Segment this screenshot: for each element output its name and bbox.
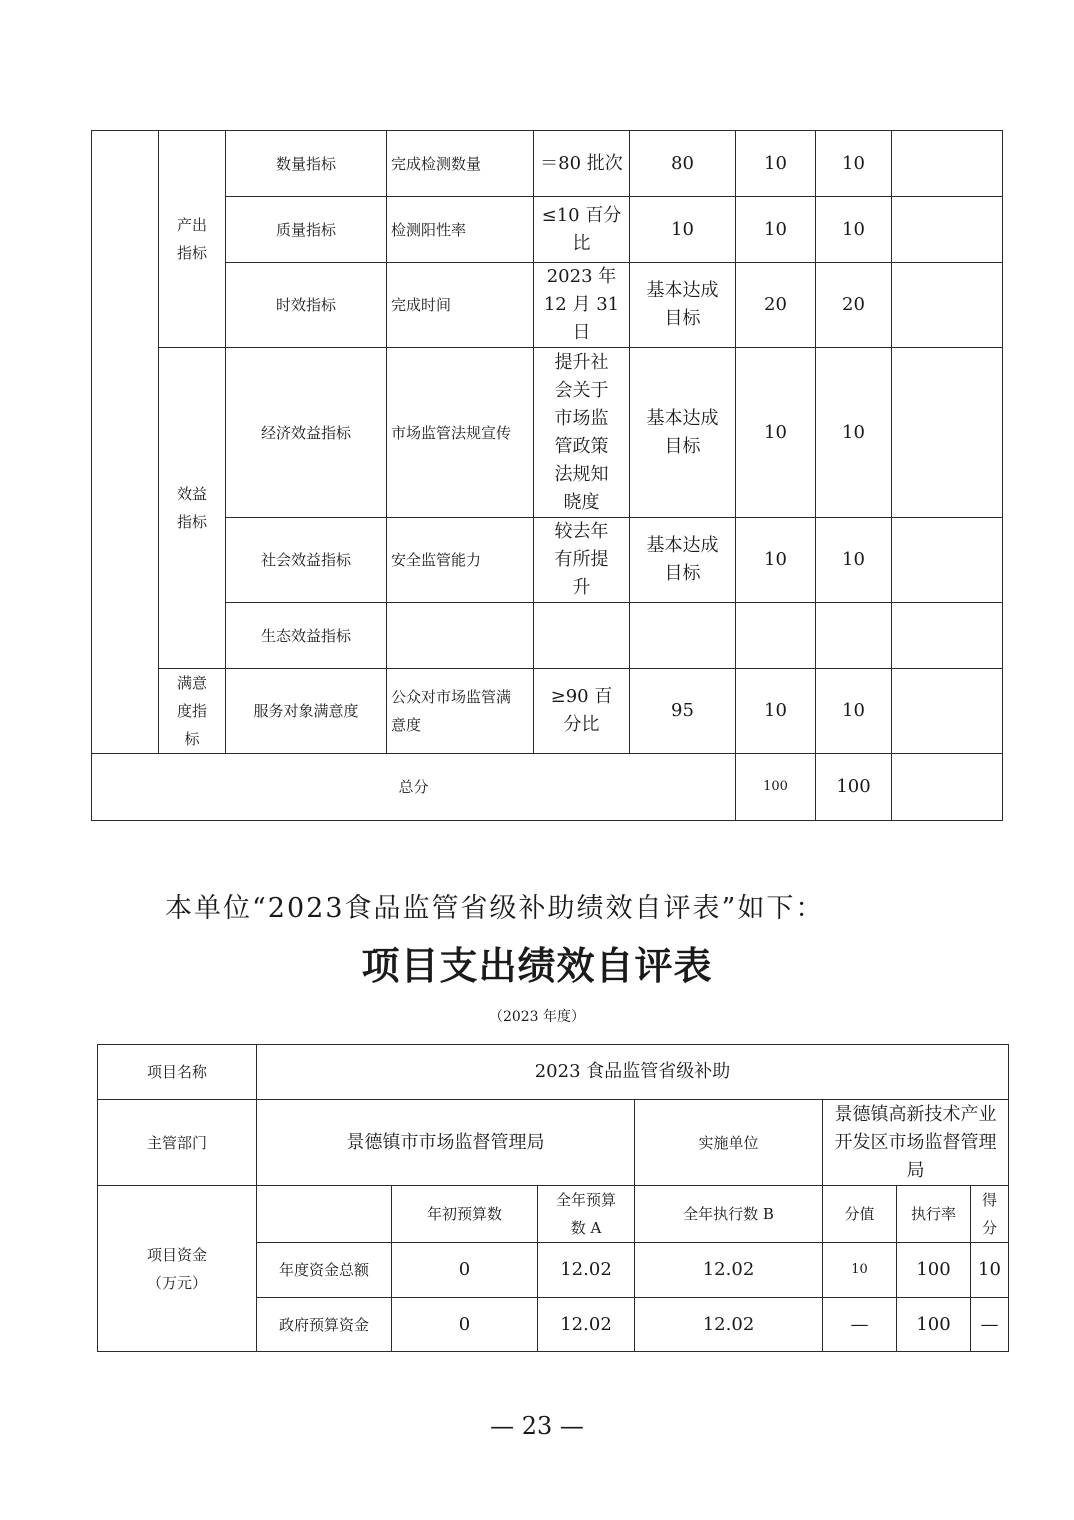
target-cell: 提升社会关于市场监管政策法规知晓度	[534, 348, 630, 518]
actual-cell: 80	[630, 131, 736, 197]
total-note	[892, 754, 1003, 821]
level2-cell: 生态效益指标	[226, 603, 387, 669]
score-cell: 10	[816, 131, 892, 197]
target-cell: ≤10 百分比	[534, 197, 630, 263]
weight-cell: 10	[736, 518, 816, 603]
group-satisfaction: 满意度指标	[159, 669, 226, 754]
actual-cell: 基本达成目标	[630, 518, 736, 603]
project-name-value: 2023 食品监管省级补助	[257, 1045, 1009, 1100]
target-cell: ≥90 百分比	[534, 669, 630, 754]
indicator-cell: 完成时间	[387, 263, 534, 348]
note-cell	[892, 263, 1003, 348]
row-label: 年度资金总额	[257, 1243, 392, 1298]
group-output: 产出指标	[159, 131, 226, 348]
indicator-cell: 市场监管法规宣传	[387, 348, 534, 518]
intro-text: 本单位“2023食品监管省级补助绩效自评表”如下：	[165, 886, 824, 925]
score-cell: —	[971, 1298, 1009, 1352]
project-expense-self-eval-table: 项目名称 2023 食品监管省级补助 主管部门 景德镇市市场监督管理局 实施单位…	[97, 1044, 1009, 1352]
page-title: 项目支出绩效自评表	[0, 935, 1074, 990]
score-cell	[816, 603, 892, 669]
level2-cell: 服务对象满意度	[226, 669, 387, 754]
actual-cell: 基本达成目标	[630, 348, 736, 518]
weight-cell: 10	[736, 669, 816, 754]
exec-b-cell: 12.02	[635, 1243, 823, 1298]
header-weight: 分值	[823, 1186, 897, 1243]
level2-cell: 社会效益指标	[226, 518, 387, 603]
score-cell: 20	[816, 263, 892, 348]
weight-cell: 20	[736, 263, 816, 348]
target-cell	[534, 603, 630, 669]
weight-cell: 10	[823, 1243, 897, 1298]
indicator-cell: 安全监管能力	[387, 518, 534, 603]
weight-cell: 10	[736, 348, 816, 518]
header-score: 得分	[971, 1186, 1009, 1243]
impl-value: 景德镇高新技术产业开发区市场监督管理局	[823, 1100, 1009, 1186]
rate-cell: 100	[897, 1243, 971, 1298]
header-exec-b: 全年执行数 B	[635, 1186, 823, 1243]
page-number: — 23 —	[0, 1412, 1074, 1440]
score-cell: 10	[816, 197, 892, 263]
note-cell	[892, 348, 1003, 518]
dept-value: 景德镇市市场监督管理局	[257, 1100, 635, 1186]
level2-cell: 质量指标	[226, 197, 387, 263]
level2-cell: 时效指标	[226, 263, 387, 348]
performance-indicator-table: 产出指标 数量指标 完成检测数量 ＝80 批次 80 10 10 质量指标 检测…	[91, 130, 1003, 821]
target-cell: 较去年有所提升	[534, 518, 630, 603]
weight-cell	[736, 603, 816, 669]
level2-cell: 数量指标	[226, 131, 387, 197]
group-benefit: 效益指标	[159, 348, 226, 669]
initial-cell: 0	[392, 1243, 538, 1298]
weight-cell: 10	[736, 197, 816, 263]
target-cell: 2023 年 12 月 31 日	[534, 263, 630, 348]
note-cell	[892, 669, 1003, 754]
score-cell: 10	[971, 1243, 1009, 1298]
indicator-cell: 公众对市场监管满意度	[387, 669, 534, 754]
header-budget-a: 全年预算数 A	[538, 1186, 635, 1243]
indicator-cell: 完成检测数量	[387, 131, 534, 197]
note-cell	[892, 131, 1003, 197]
row-label: 政府预算资金	[257, 1298, 392, 1352]
score-cell: 10	[816, 669, 892, 754]
target-cell: ＝80 批次	[534, 131, 630, 197]
level1-cell	[92, 131, 159, 754]
actual-cell: 95	[630, 669, 736, 754]
level2-cell: 经济效益指标	[226, 348, 387, 518]
note-cell	[892, 518, 1003, 603]
impl-label: 实施单位	[635, 1100, 823, 1186]
actual-cell	[630, 603, 736, 669]
dept-label: 主管部门	[98, 1100, 257, 1186]
header-cell	[257, 1186, 392, 1243]
score-cell: 10	[816, 518, 892, 603]
funds-label: 项目资金（万元）	[98, 1186, 257, 1352]
budget-a-cell: 12.02	[538, 1298, 635, 1352]
total-score: 100	[816, 754, 892, 821]
actual-cell: 基本达成目标	[630, 263, 736, 348]
budget-a-cell: 12.02	[538, 1243, 635, 1298]
score-cell: 10	[816, 348, 892, 518]
year-label: （2023 年度）	[0, 1006, 1074, 1026]
header-exec-rate: 执行率	[897, 1186, 971, 1243]
exec-b-cell: 12.02	[635, 1298, 823, 1352]
rate-cell: 100	[897, 1298, 971, 1352]
header-initial-budget: 年初预算数	[392, 1186, 538, 1243]
total-weight: 100	[736, 754, 816, 821]
project-name-label: 项目名称	[98, 1045, 257, 1100]
total-label: 总分	[92, 754, 736, 821]
weight-cell: 10	[736, 131, 816, 197]
initial-cell: 0	[392, 1298, 538, 1352]
indicator-cell: 检测阳性率	[387, 197, 534, 263]
indicator-cell	[387, 603, 534, 669]
weight-cell: —	[823, 1298, 897, 1352]
note-cell	[892, 603, 1003, 669]
actual-cell: 10	[630, 197, 736, 263]
note-cell	[892, 197, 1003, 263]
